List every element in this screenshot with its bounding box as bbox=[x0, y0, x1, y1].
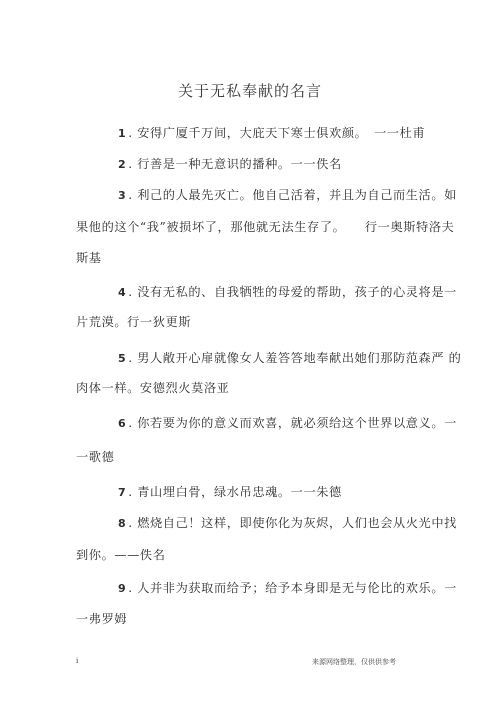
quote-4-line-2: 片荒漠。行一狄更斯 bbox=[76, 313, 428, 330]
quote-6-line-1: 6. 你若要为你的意义而欢喜，就必须给这个世界以意义。一 bbox=[118, 414, 428, 431]
quote-2-line-1: 2. 行善是一种无意识的播种。一一佚名 bbox=[118, 155, 428, 172]
quote-3-line-2: 果他的这个“我”被损坏了，那他就无法生存了。 行一奥斯特洛夫 bbox=[76, 218, 428, 235]
quote-text: 你若要为你的意义而欢喜，就必须给这个世界以意义。一 bbox=[137, 416, 457, 430]
quote-7-line-1: 7. 青山埋白骨，绿水吊忠魂。一一朱德 bbox=[118, 483, 428, 500]
quote-text: 人并非为获取而给予；给予本身即是无与伦比的欢乐。一 bbox=[137, 581, 457, 595]
quote-number: 5 bbox=[118, 352, 126, 365]
quote-text: 利己的人最先灭亡。他自己活着，并且为自己而生活。如 bbox=[137, 188, 457, 202]
quote-5-line-1: 5. 男人敞开心扉就像女人羞答答地奉献出她们那防范森严 的 bbox=[118, 349, 428, 366]
quote-3-line-1: 3. 利己的人最先灭亡。他自己活着，并且为自己而生活。如 bbox=[118, 186, 428, 203]
quote-number: 3 bbox=[118, 189, 126, 202]
quote-9-line-1: 9. 人并非为获取而给予；给予本身即是无与伦比的欢乐。一 bbox=[118, 579, 428, 596]
quote-8-line-2: 到你。——佚名 bbox=[76, 546, 428, 563]
quote-number: 4 bbox=[118, 286, 126, 299]
quote-1-line-1: 1. 安得广厦千万间，大庇天下寒士俱欢颜。 一一杜甫 bbox=[118, 124, 428, 141]
source-note: 来源网络整理，仅供供参考 bbox=[312, 657, 396, 667]
quote-5-line-2: 肉体一样。安德烈火莫洛亚 bbox=[76, 379, 428, 396]
quote-4-line-1: 4. 没有无私的、自我牺牲的母爱的帮助，孩子的心灵将是一 bbox=[118, 283, 428, 300]
quote-text: 没有无私的、自我牺牲的母爱的帮助，孩子的心灵将是一 bbox=[137, 285, 457, 299]
quote-text: 安得广厦千万间，大庇天下寒士俱欢颜。 一一杜甫 bbox=[137, 126, 425, 140]
quote-3-line-3: 斯基 bbox=[76, 249, 428, 266]
quote-number: 7 bbox=[118, 486, 126, 499]
page-number: i bbox=[76, 657, 78, 665]
quote-number: 2 bbox=[118, 158, 126, 171]
quote-text: 燃烧自己！这样，即使你化为灰烬，人们也会从火光中找 bbox=[137, 516, 457, 530]
quote-text: 男人敞开心扉就像女人羞答答地奉献出她们那防范森严 的 bbox=[137, 351, 461, 365]
quote-number: 8 bbox=[118, 517, 126, 530]
document-page: 关于无私奉献的名言 1. 安得广厦千万间，大庇天下寒士俱欢颜。 一一杜甫 2. … bbox=[0, 0, 500, 708]
document-title: 关于无私奉献的名言 bbox=[0, 80, 500, 101]
quote-text: 青山埋白骨，绿水吊忠魂。一一朱德 bbox=[137, 485, 342, 499]
quote-number: 1 bbox=[118, 127, 126, 140]
quote-9-line-2: 一弗罗姆 bbox=[76, 610, 428, 627]
quote-6-line-2: 一歌德 bbox=[76, 448, 428, 465]
quote-text: 行善是一种无意识的播种。一一佚名 bbox=[137, 157, 342, 171]
quote-8-line-1: 8. 燃烧自己！这样，即使你化为灰烬，人们也会从火光中找 bbox=[118, 514, 428, 531]
quote-number: 6 bbox=[118, 417, 126, 430]
quote-number: 9 bbox=[118, 582, 126, 595]
